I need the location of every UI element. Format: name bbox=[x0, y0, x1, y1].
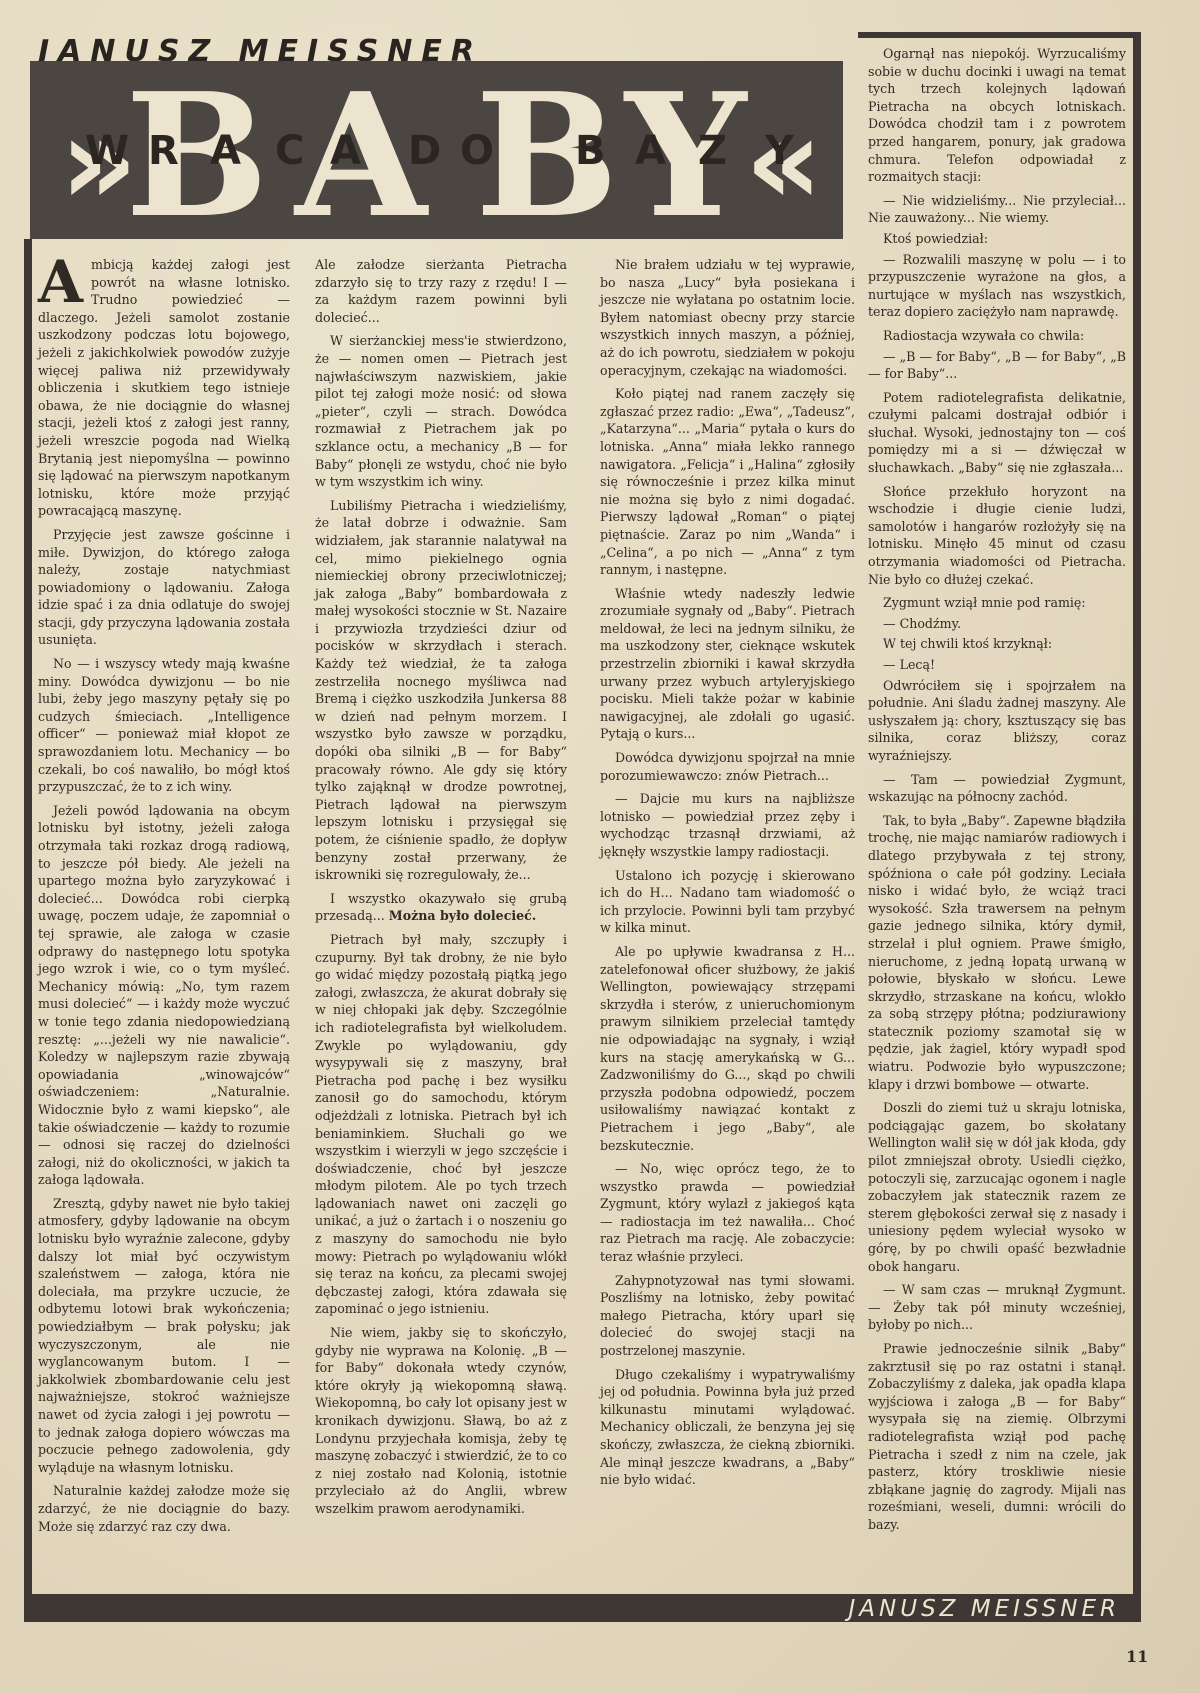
subtitle-letter: W bbox=[85, 131, 129, 171]
paragraph: Doszli do ziemi tuż u skraju lotniska, p… bbox=[868, 1099, 1126, 1275]
frame-border-left bbox=[24, 239, 32, 1604]
frame-border-top bbox=[858, 32, 1140, 38]
paragraph: Ustalono ich pozycję i skierowano ich do… bbox=[600, 867, 855, 937]
page-number: 11 bbox=[1126, 1647, 1148, 1666]
subtitle-letter: C bbox=[275, 131, 304, 171]
paragraph: No — i wszyscy wtedy mają kwaśne miny. D… bbox=[38, 655, 290, 796]
footer-author: JANUSZ MEISSNER bbox=[849, 1595, 1120, 1623]
paragraph: Jeżeli powód lądowania na obcym lotnisku… bbox=[38, 802, 290, 1189]
subtitle-letter: A bbox=[635, 131, 666, 171]
title-letter: B bbox=[125, 81, 269, 231]
paragraph: I wszystko okazywało się grubą przesadą.… bbox=[315, 890, 567, 925]
subtitle-letter: R bbox=[148, 131, 179, 171]
bold-phrase: Można było dolecieć. bbox=[389, 908, 536, 923]
paragraph: Ktoś powiedział: bbox=[868, 230, 1126, 248]
dialog-line: — Nie widzieliśmy... Nie przyleciał... N… bbox=[868, 192, 1126, 227]
paragraph: Nie brałem udziału w tej wyprawie, bo na… bbox=[600, 256, 855, 379]
article-column-2: Ale załodze sierżanta Pietracha zdarzyło… bbox=[315, 256, 567, 1524]
paragraph: Dowódca dywizjonu spojrzał na mnie poroz… bbox=[600, 749, 855, 784]
subtitle-letter: A bbox=[330, 131, 361, 171]
paragraph: Odwróciłem się i spojrzałem na południe.… bbox=[868, 677, 1126, 765]
paragraph: Właśnie wtedy nadeszły ledwie zrozumiałe… bbox=[600, 585, 855, 743]
subtitle-letter: O bbox=[460, 131, 494, 171]
subtitle-letter: B bbox=[575, 131, 606, 171]
paragraph: — Dajcie mu kurs na najbliższe lotnisko … bbox=[600, 790, 855, 860]
paragraph: Pietrach był mały, szczupły i czupurny. … bbox=[315, 931, 567, 1318]
paragraph: Naturalnie każdej załodze może się zdarz… bbox=[38, 1482, 290, 1535]
paragraph: Zresztą, gdyby nawet nie było takiej atm… bbox=[38, 1195, 290, 1477]
subtitle-letter: Y bbox=[765, 131, 794, 171]
paragraph: Tak, to była „Baby“. Zapewne błądziła tr… bbox=[868, 812, 1126, 1094]
paragraph: — No, więc oprócz tego, że to wszystko p… bbox=[600, 1160, 855, 1266]
paragraph: Potem radiotelegrafista delikatnie, czuł… bbox=[868, 389, 1126, 477]
paragraph: Ale po upływie kwadransa z H... zatelefo… bbox=[600, 943, 855, 1154]
paragraph: W tej chwili ktoś krzyknął: bbox=[868, 635, 1126, 653]
paragraph: Ogarnął nas niepokój. Wyrzucaliśmy sobie… bbox=[868, 45, 1126, 186]
subtitle-letter: D bbox=[408, 131, 441, 171]
dialog-line: — Tam — powiedział Zygmunt, wskazując na… bbox=[868, 771, 1126, 806]
dialog-line: — Rozwalili maszynę w polu — i to przypu… bbox=[868, 251, 1126, 321]
frame-border-right bbox=[1133, 32, 1141, 1622]
paragraph: Ale załodze sierżanta Pietracha zdarzyło… bbox=[315, 256, 567, 326]
article-column-1: Ambicją każdej załogi jest powrót na wła… bbox=[38, 256, 290, 1541]
paragraph: Ambicją każdej załogi jest powrót na wła… bbox=[38, 256, 290, 520]
dialog-line: — „B — for Baby“, „B — for Baby“, „B — f… bbox=[868, 348, 1126, 383]
paragraph: Długo czekaliśmy i wypatrywaliśmy jej od… bbox=[600, 1366, 855, 1489]
subtitle-letter: A bbox=[210, 131, 241, 171]
paragraph: Zygmunt wziął mnie pod ramię: bbox=[868, 594, 1126, 612]
paragraph: Koło piątej nad ranem zaczęły się zgłasz… bbox=[600, 385, 855, 579]
paragraph: W sierżanckiej mess'ie stwierdzono, że —… bbox=[315, 332, 567, 490]
paragraph: Radiostacja wzywała co chwila: bbox=[868, 327, 1126, 345]
dialog-line: — Chodźmy. bbox=[868, 615, 1126, 633]
title-banner: » B A B Y « W R A C A D O B A Z Y bbox=[30, 61, 843, 239]
dialog-line: — W sam czas — mruknął Zygmunt. — Żeby t… bbox=[868, 1281, 1126, 1334]
article-column-4: Ogarnął nas niepokój. Wyrzucaliśmy sobie… bbox=[868, 45, 1126, 1540]
drop-cap: A bbox=[38, 259, 83, 305]
paragraph: Prawie jednocześnie silnik „Baby“ zakrzt… bbox=[868, 1340, 1126, 1534]
paragraph: Zahypnotyzował nas tymi słowami. Poszliś… bbox=[600, 1272, 855, 1360]
paragraph: Słońce przekłuło horyzont na wschodzie i… bbox=[868, 483, 1126, 589]
dialog-line: — Lecą! bbox=[868, 656, 1126, 674]
article-column-3: Nie brałem udziału w tej wyprawie, bo na… bbox=[600, 256, 855, 1495]
subtitle-letter: Z bbox=[698, 131, 727, 171]
paragraph: Lubiliśmy Pietracha i wiedzieliśmy, że l… bbox=[315, 497, 567, 884]
paragraph: Nie wiem, jakby się to skończyło, gdyby … bbox=[315, 1324, 567, 1518]
paragraph: Przyjęcie jest zawsze gościnne i miłe. D… bbox=[38, 526, 290, 649]
